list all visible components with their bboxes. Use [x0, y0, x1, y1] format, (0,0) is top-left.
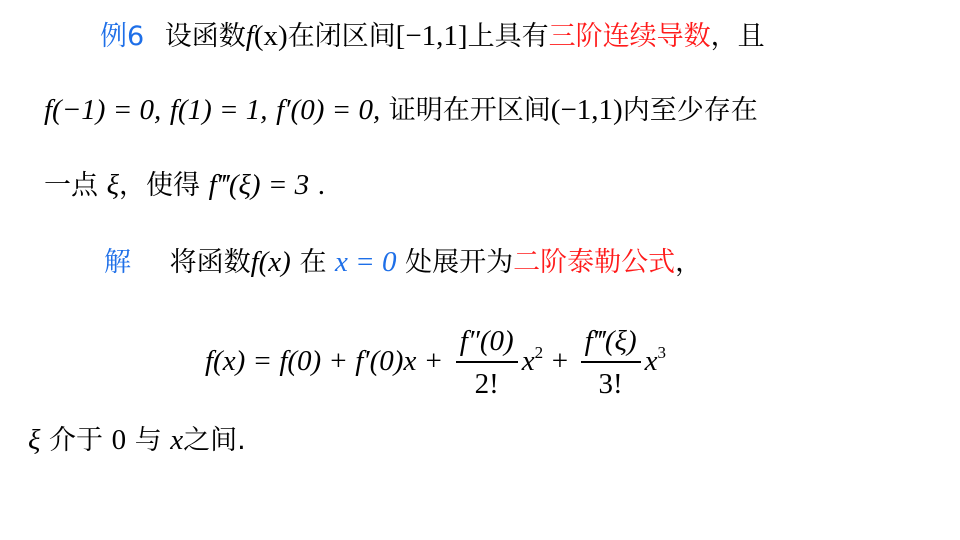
xi-range-note: ξ 介于 0 与 x之间.	[28, 420, 246, 461]
text: ，使得	[119, 170, 200, 201]
math-xi: ξ	[107, 169, 119, 201]
math-fx: f(x)	[251, 246, 291, 278]
text: 将函数	[170, 247, 251, 278]
condition-1: f(−1) = 0,	[44, 94, 161, 126]
solution-label: 解	[104, 247, 131, 278]
condition-2: f(1) = 1,	[170, 94, 268, 126]
text: 在	[299, 247, 326, 278]
math-third-derivative-eq: f‴(ξ) = 3	[209, 169, 310, 201]
text: 上具有	[468, 21, 549, 52]
fraction-denominator: 2!	[456, 363, 518, 405]
taylor-formula: f(x) = f(0) + f′(0)x + f″(0) 2! x2 + f‴(…	[205, 312, 666, 405]
plus: +	[552, 345, 568, 377]
text: 内至少存在	[623, 95, 758, 126]
example-statement-line-2: f(−1) = 0, f(1) = 1, f′(0) = 0, 证明在开区间(−…	[44, 90, 758, 131]
formula-lhs: f(x) = f(0) + f′(0)x +	[205, 345, 443, 377]
math-interval: [−1,1]	[396, 20, 468, 52]
text: 在闭区间	[288, 21, 396, 52]
highlight-taylor-formula: 二阶泰勒公式	[513, 247, 675, 278]
text: 一点	[44, 170, 98, 201]
period: .	[318, 169, 325, 201]
math-zero: 0	[112, 424, 127, 456]
math-f: f	[246, 20, 254, 52]
text: ，且	[711, 21, 765, 52]
text: 与	[135, 425, 162, 456]
exponent: 3	[657, 343, 666, 362]
math-open-interval: (−1,1)	[551, 94, 623, 126]
text: 处展开为	[405, 247, 513, 278]
math-x: x	[170, 424, 183, 456]
x-base: x	[522, 345, 535, 377]
math-arg: (x)	[254, 20, 288, 52]
text: 介于	[49, 425, 103, 456]
example-label: 例6	[100, 21, 144, 52]
fraction-denominator: 3!	[581, 363, 641, 405]
text: 证明在开区间	[389, 95, 551, 126]
fraction-third-order: f‴(ξ) 3!	[581, 321, 641, 405]
math-expansion-point: x = 0	[335, 246, 396, 278]
example-statement-line-3: 一点 ξ，使得 f‴(ξ) = 3 .	[44, 165, 325, 206]
highlight-third-derivative: 三阶连续导数	[549, 21, 711, 52]
fraction-second-order: f″(0) 2!	[456, 321, 518, 405]
text: ，	[675, 247, 702, 278]
example-statement-line-1: 例6 设函数f(x)在闭区间[−1,1]上具有三阶连续导数，且	[100, 16, 765, 57]
x-base: x	[645, 345, 658, 377]
solution-line-1: 解 将函数f(x) 在 x = 0 处展开为二阶泰勒公式，	[104, 242, 702, 283]
math-xi: ξ	[28, 424, 40, 456]
condition-3: f′(0) = 0,	[276, 94, 380, 126]
text: 设函数	[165, 21, 246, 52]
fraction-numerator: f″(0)	[456, 321, 518, 363]
exponent: 2	[535, 343, 544, 362]
text: 之间.	[183, 425, 246, 456]
fraction-numerator: f‴(ξ)	[581, 321, 641, 363]
